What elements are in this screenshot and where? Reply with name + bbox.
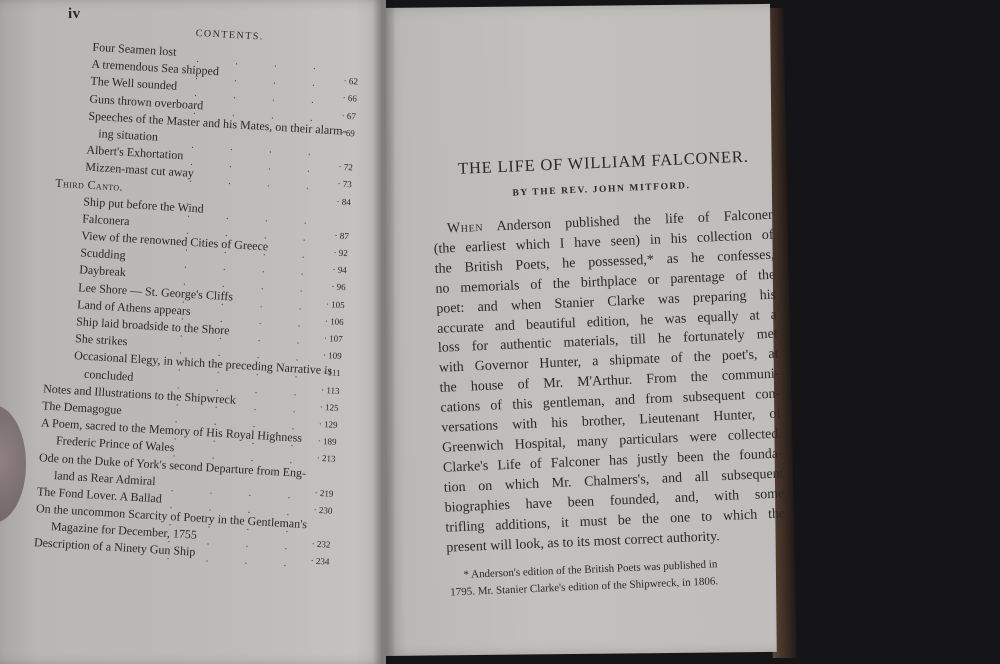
- toc-page-number: · 113: [317, 382, 340, 398]
- toc-page-number: · 72: [330, 159, 353, 175]
- contents-heading: CONTENTS.: [195, 28, 264, 43]
- chapter-byline: BY THE REV. JOHN MITFORD.: [431, 178, 771, 202]
- toc-page-number: · 84: [328, 194, 351, 210]
- toc-page-number: · 66: [334, 91, 357, 107]
- toc-page-number: · 129: [315, 417, 338, 433]
- toc-leader-dots: . . . .: [166, 549, 303, 572]
- toc-page-number: · 106: [321, 314, 344, 330]
- toc-page-number: · 62: [335, 73, 358, 89]
- toc-page-number: · 87: [326, 228, 349, 244]
- toc-page-number: · 232: [308, 537, 331, 553]
- toc-page-number: · 73: [329, 176, 352, 192]
- toc-entry-title: Daybreak: [50, 261, 126, 280]
- page-folio: iv: [68, 6, 81, 23]
- life-of-falconer-section: THE LIFE OF WILLIAM FALCONER. BY THE REV…: [430, 144, 788, 602]
- toc-entry-title: Scudding: [51, 244, 126, 263]
- toc-page-number: · 213: [313, 451, 336, 467]
- toc-entry-title: Falconera: [53, 210, 130, 229]
- table-of-contents: Four Seamen lost. . . .A tremendous Sea …: [33, 38, 359, 570]
- toc-page-number: · 125: [316, 399, 339, 415]
- left-page: iv CONTENTS. Four Seamen lost. . . .A tr…: [0, 0, 386, 664]
- toc-page-number: · 219: [311, 485, 334, 501]
- toc-page-number: · 96: [323, 279, 346, 295]
- toc-page-number: · 105: [322, 296, 345, 312]
- toc-page-number: · 109: [319, 348, 342, 364]
- toc-page-number: · 107: [320, 331, 343, 347]
- toc-page-number: · 234: [307, 554, 330, 570]
- toc-page-number: · 94: [324, 262, 347, 278]
- toc-page-number: · 230: [310, 502, 333, 518]
- toc-page-number: · 111: [318, 365, 341, 381]
- chapter-body-text: When Anderson published the life of Falc…: [433, 206, 787, 558]
- book-gutter: [372, 0, 394, 664]
- toc-page-number: · 189: [314, 434, 337, 450]
- toc-page-number: · 67: [333, 108, 356, 124]
- toc-entry-title: Third Canto.: [55, 175, 124, 194]
- toc-page-number: · 69: [332, 125, 355, 141]
- toc-page-number: · 92: [325, 245, 348, 261]
- drop-word: When: [447, 220, 484, 237]
